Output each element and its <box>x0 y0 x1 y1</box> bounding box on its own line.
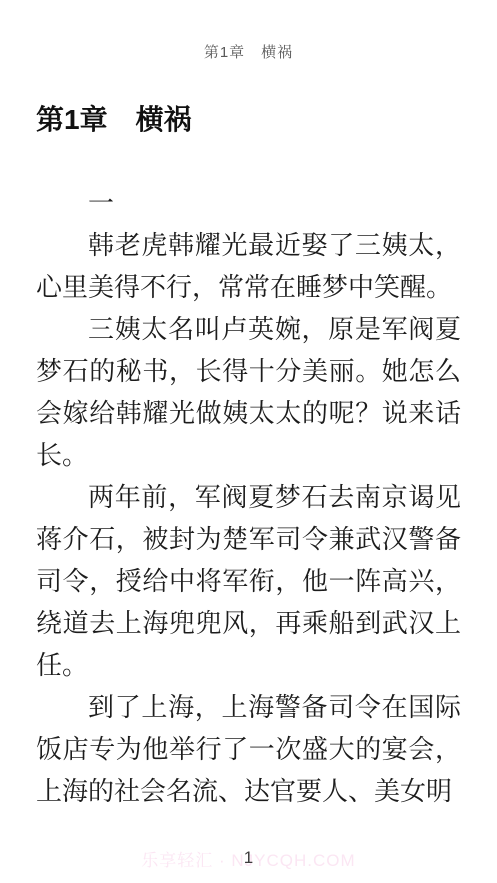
running-header: 第1章 横祸 <box>0 44 497 62</box>
paragraph: 三姨太名叫卢英婉，原是军阀夏梦石的秘书，长得十分美丽。她怎么会嫁给韩耀光做姨太太… <box>36 308 461 476</box>
paragraph: 韩老虎韩耀光最近娶了三姨太，心里美得不行，常常在睡梦中笑醒。 <box>36 224 461 308</box>
reader-page[interactable]: 第1章 横祸 第1章 横祸 一 韩老虎韩耀光最近娶了三姨太，心里美得不行，常常在… <box>0 0 497 883</box>
chapter-body: 一 韩老虎韩耀光最近娶了三姨太，心里美得不行，常常在睡梦中笑醒。 三姨太名叫卢英… <box>36 182 461 835</box>
paragraph: 到了上海，上海警备司令在国际饭店专为他举行了一次盛大的宴会，上海的社会名流、达官… <box>36 686 461 812</box>
section-marker: 一 <box>36 182 461 224</box>
chapter-title: 第1章 横祸 <box>36 101 461 139</box>
paragraph: 两年前，军阀夏梦石去南京谒见蒋介石，被封为楚军司令兼武汉警备司令，授给中将军衔，… <box>36 476 461 686</box>
page-number: 1 <box>0 848 497 868</box>
